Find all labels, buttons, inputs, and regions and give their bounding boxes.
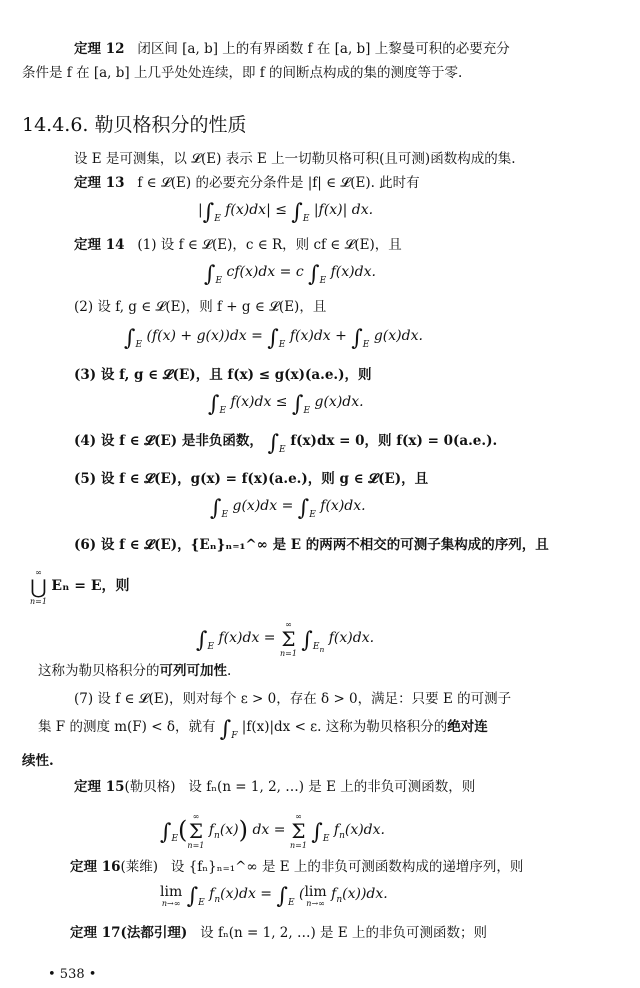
section-title: 勒贝格积分的性质 [95,114,247,136]
period: . [227,663,231,679]
theorem-name: (法都引理) [121,925,188,941]
theorem-text: 设 fₙ(n = 1, 2, …) 是 E 上的非负可测函数，则 [188,779,475,795]
theorem-name: (勒贝格) [125,779,176,795]
formula-theorem-13: |∫E f(x)dx| ≤ ∫E |f(x)| dx. [198,200,373,229]
item-7-line2: 集 F 的测度 m(F) < δ，就有 ∫F |f(x)|dx < ε. 这称为… [38,718,488,745]
countable-additivity-note: 这称为勒贝格积分的可列可加性. [38,662,231,680]
intro-paragraph: 设 E 是可测集，以 𝓛(E) 表示 E 上一切勒贝格可积(且可测)函数构成的集… [74,150,515,168]
period: . [49,753,54,769]
term-absolute-continuity-b: 续性 [22,753,49,769]
formula-14-3: ∫E f(x)dx ≤ ∫E g(x)dx. [208,392,364,421]
theorem-text: 设 {fₙ}ₙ₌₁^∞ 是 E 上的非负可测函数构成的递增序列，则 [171,859,523,875]
item-1: (1) 设 f ∈ 𝓛(E)，c ∈ R，则 cf ∈ 𝓛(E)，且 [137,237,401,253]
theorem-text: f ∈ 𝓛(E) 的必要充分条件是 |f| ∈ 𝓛(E). 此时有 [137,175,419,191]
theorem-label: 定理 16 [70,859,121,875]
union-expression: ∞⋃n=1 Eₙ = E，则 [30,568,130,606]
item-3: (3) 设 f, g ∈ 𝓛(E)，且 f(x) ≤ g(x)(a.e.)，则 [74,366,372,384]
theorem-text: 闭区间 [a, b] 上的有界函数 f 在 [a, b] 上黎曼可积的必要充分 [137,41,509,57]
theorem-13: 定理 13 f ∈ 𝓛(E) 的必要充分条件是 |f| ∈ 𝓛(E). 此时有 [74,174,420,192]
theorem-12-line2: 条件是 f 在 [a, b] 上几乎处处连续，即 f 的间断点构成的集的测度等于… [22,64,462,82]
formula-14-5: ∫E g(x)dx = ∫E f(x)dx. [210,496,366,525]
theorem-12: 定理 12 闭区间 [a, b] 上的有界函数 f 在 [a, b] 上黎曼可积… [74,40,510,58]
theorem-15: 定理 15(勒贝格) 设 fₙ(n = 1, 2, …) 是 E 上的非负可测函… [74,778,475,796]
theorem-label: 定理 12 [74,41,125,57]
item-7-text-b: |f(x)|dx < ε. 这称为勒贝格积分的 [242,719,447,735]
item-6-text-b: Eₙ = E，则 [51,578,129,594]
item-6: (6) 设 f ∈ 𝓛(E)，{Eₙ}ₙ₌₁^∞ 是 E 的两两不相交的可测子集… [74,536,549,554]
item-7-line3: 续性. [22,752,54,770]
theorem-label: 定理 13 [74,175,125,191]
theorem-label: 定理 17 [70,925,121,941]
theorem-name: (莱维) [121,859,159,875]
formula-14-6: ∫E f(x)dx = ∞Σn=1 ∫En f(x)dx. [196,620,374,660]
term-countable-additivity: 可列可加性 [160,663,228,679]
item-4-text-b: f(x)dx = 0，则 f(x) = 0(a.e.). [290,433,497,449]
formula-theorem-15: ∫E(∞Σn=1 fn(x)) dx = ∞Σn=1 ∫E fn(x)dx. [160,812,385,850]
theorem-17: 定理 17(法都引理) 设 fₙ(n = 1, 2, …) 是 E 上的非负可测… [70,924,487,942]
formula-14-1: ∫E cf(x)dx = c ∫E f(x)dx. [204,262,376,291]
section-number: 14.4.6. [22,114,88,136]
section-heading: 14.4.6. 勒贝格积分的性质 [22,110,247,137]
theorem-label: 定理 14 [74,237,125,253]
page-number: • 538 • [48,966,96,984]
item-4: (4) 设 f ∈ 𝓛(E) 是非负函数， ∫E f(x)dx = 0，则 f(… [74,432,497,459]
theorem-label: 定理 15 [74,779,125,795]
note-text: 这称为勒贝格积分的 [38,663,160,679]
theorem-14: 定理 14 (1) 设 f ∈ 𝓛(E)，c ∈ R，则 cf ∈ 𝓛(E)，且 [74,236,402,254]
item-2: (2) 设 f, g ∈ 𝓛(E)，则 f + g ∈ 𝓛(E)，且 [74,298,326,316]
item-4-text-a: (4) 设 f ∈ 𝓛(E) 是非负函数， [74,433,263,449]
item-7: (7) 设 f ∈ 𝓛(E)，则对每个 ε > 0，存在 δ > 0，满足：只要… [74,690,511,708]
theorem-text: 设 fₙ(n = 1, 2, …) 是 E 上的非负可测函数；则 [200,925,487,941]
formula-14-2: ∫E (f(x) + g(x))dx = ∫E f(x)dx + ∫E g(x)… [124,326,423,355]
item-5: (5) 设 f ∈ 𝓛(E)，g(x) = f(x)(a.e.)，则 g ∈ 𝓛… [74,470,428,488]
formula-theorem-16: limn→∞ ∫E fn(x)dx = ∫E (limn→∞ fn(x))dx. [160,884,388,913]
term-absolute-continuity-a: 绝对连 [447,719,488,735]
theorem-16: 定理 16(莱维) 设 {fₙ}ₙ₌₁^∞ 是 E 上的非负可测函数构成的递增序… [70,858,523,876]
item-7-text-a: 集 F 的测度 m(F) < δ，就有 [38,719,215,735]
